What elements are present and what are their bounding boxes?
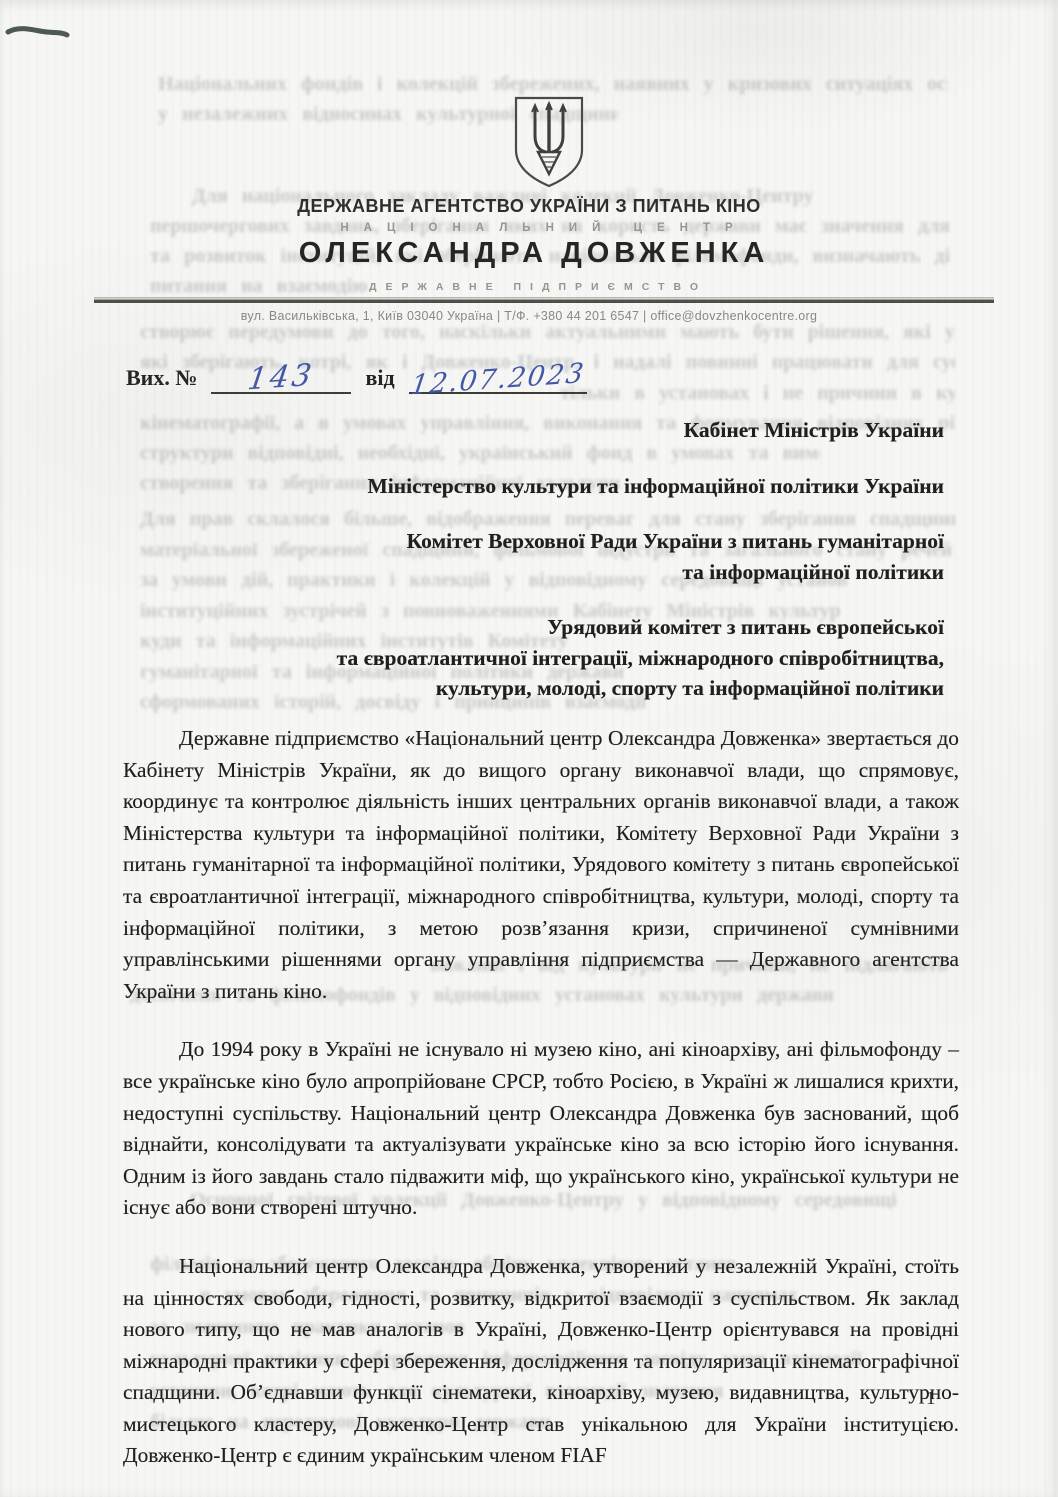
enterprise-label: ДЕРЖАВНЕ ПІДПРИЄМСТВО <box>0 281 1058 293</box>
addressee-verkhovna-rada-committee: Комітет Верховної Ради України з питань … <box>337 526 944 587</box>
trident-coat-of-arms-icon <box>506 94 592 190</box>
center-label: НАЦІОНАЛЬНИЙ ЦЕНТР <box>0 222 1058 234</box>
letter-content: ДЕРЖАВНЕ АГЕНТСТВО УКРАЇНИ З ПИТАНЬ КІНО… <box>0 0 1058 1497</box>
outgoing-number-label: Вих. № <box>126 365 197 394</box>
outgoing-number-blank: 143 <box>211 354 351 394</box>
body-paragraph-1: Державне підприємство «Національний цент… <box>123 723 959 1007</box>
letterhead-divider <box>94 297 994 303</box>
reference-line: Вих. № 143 від 12.07.2023 <box>126 354 587 394</box>
date-blank: 12.07.2023 <box>409 354 587 394</box>
addressee-block: Кабінет Міністрів України Міністерство к… <box>337 415 944 729</box>
scan-artifact-stroke <box>5 20 71 46</box>
handwritten-outgoing-number: 143 <box>246 357 317 397</box>
center-name: ОЛЕКСАНДРА ДОВЖЕНКА <box>0 237 1058 270</box>
handwritten-date: 12.07.2023 <box>408 358 587 402</box>
body-paragraph-3: Національний центр Олександра Довженка, … <box>123 1251 959 1472</box>
addressee-cabinet-of-ministers: Кабінет Міністрів України <box>337 415 944 446</box>
letterhead-address-line: вул. Васильківська, 1, Київ 03040 Україн… <box>0 309 1058 323</box>
body-paragraph-2: До 1994 року в Україні не існувало ні му… <box>123 1034 959 1224</box>
scanned-letter-page: Національних фондів і колекцій збережени… <box>0 0 1058 1497</box>
agency-name: ДЕРЖАВНЕ АГЕНТСТВО УКРАЇНИ З ПИТАНЬ КІНО <box>0 196 1058 217</box>
letter-body: Державне підприємство «Національний цент… <box>123 723 959 1497</box>
date-label: від <box>365 365 394 394</box>
addressee-government-committee: Урядовий комітет з питань європейської т… <box>337 612 944 704</box>
page-number: 1 <box>926 1388 936 1410</box>
addressee-ministry-of-culture: Міністерство культури та інформаційної п… <box>337 471 944 502</box>
